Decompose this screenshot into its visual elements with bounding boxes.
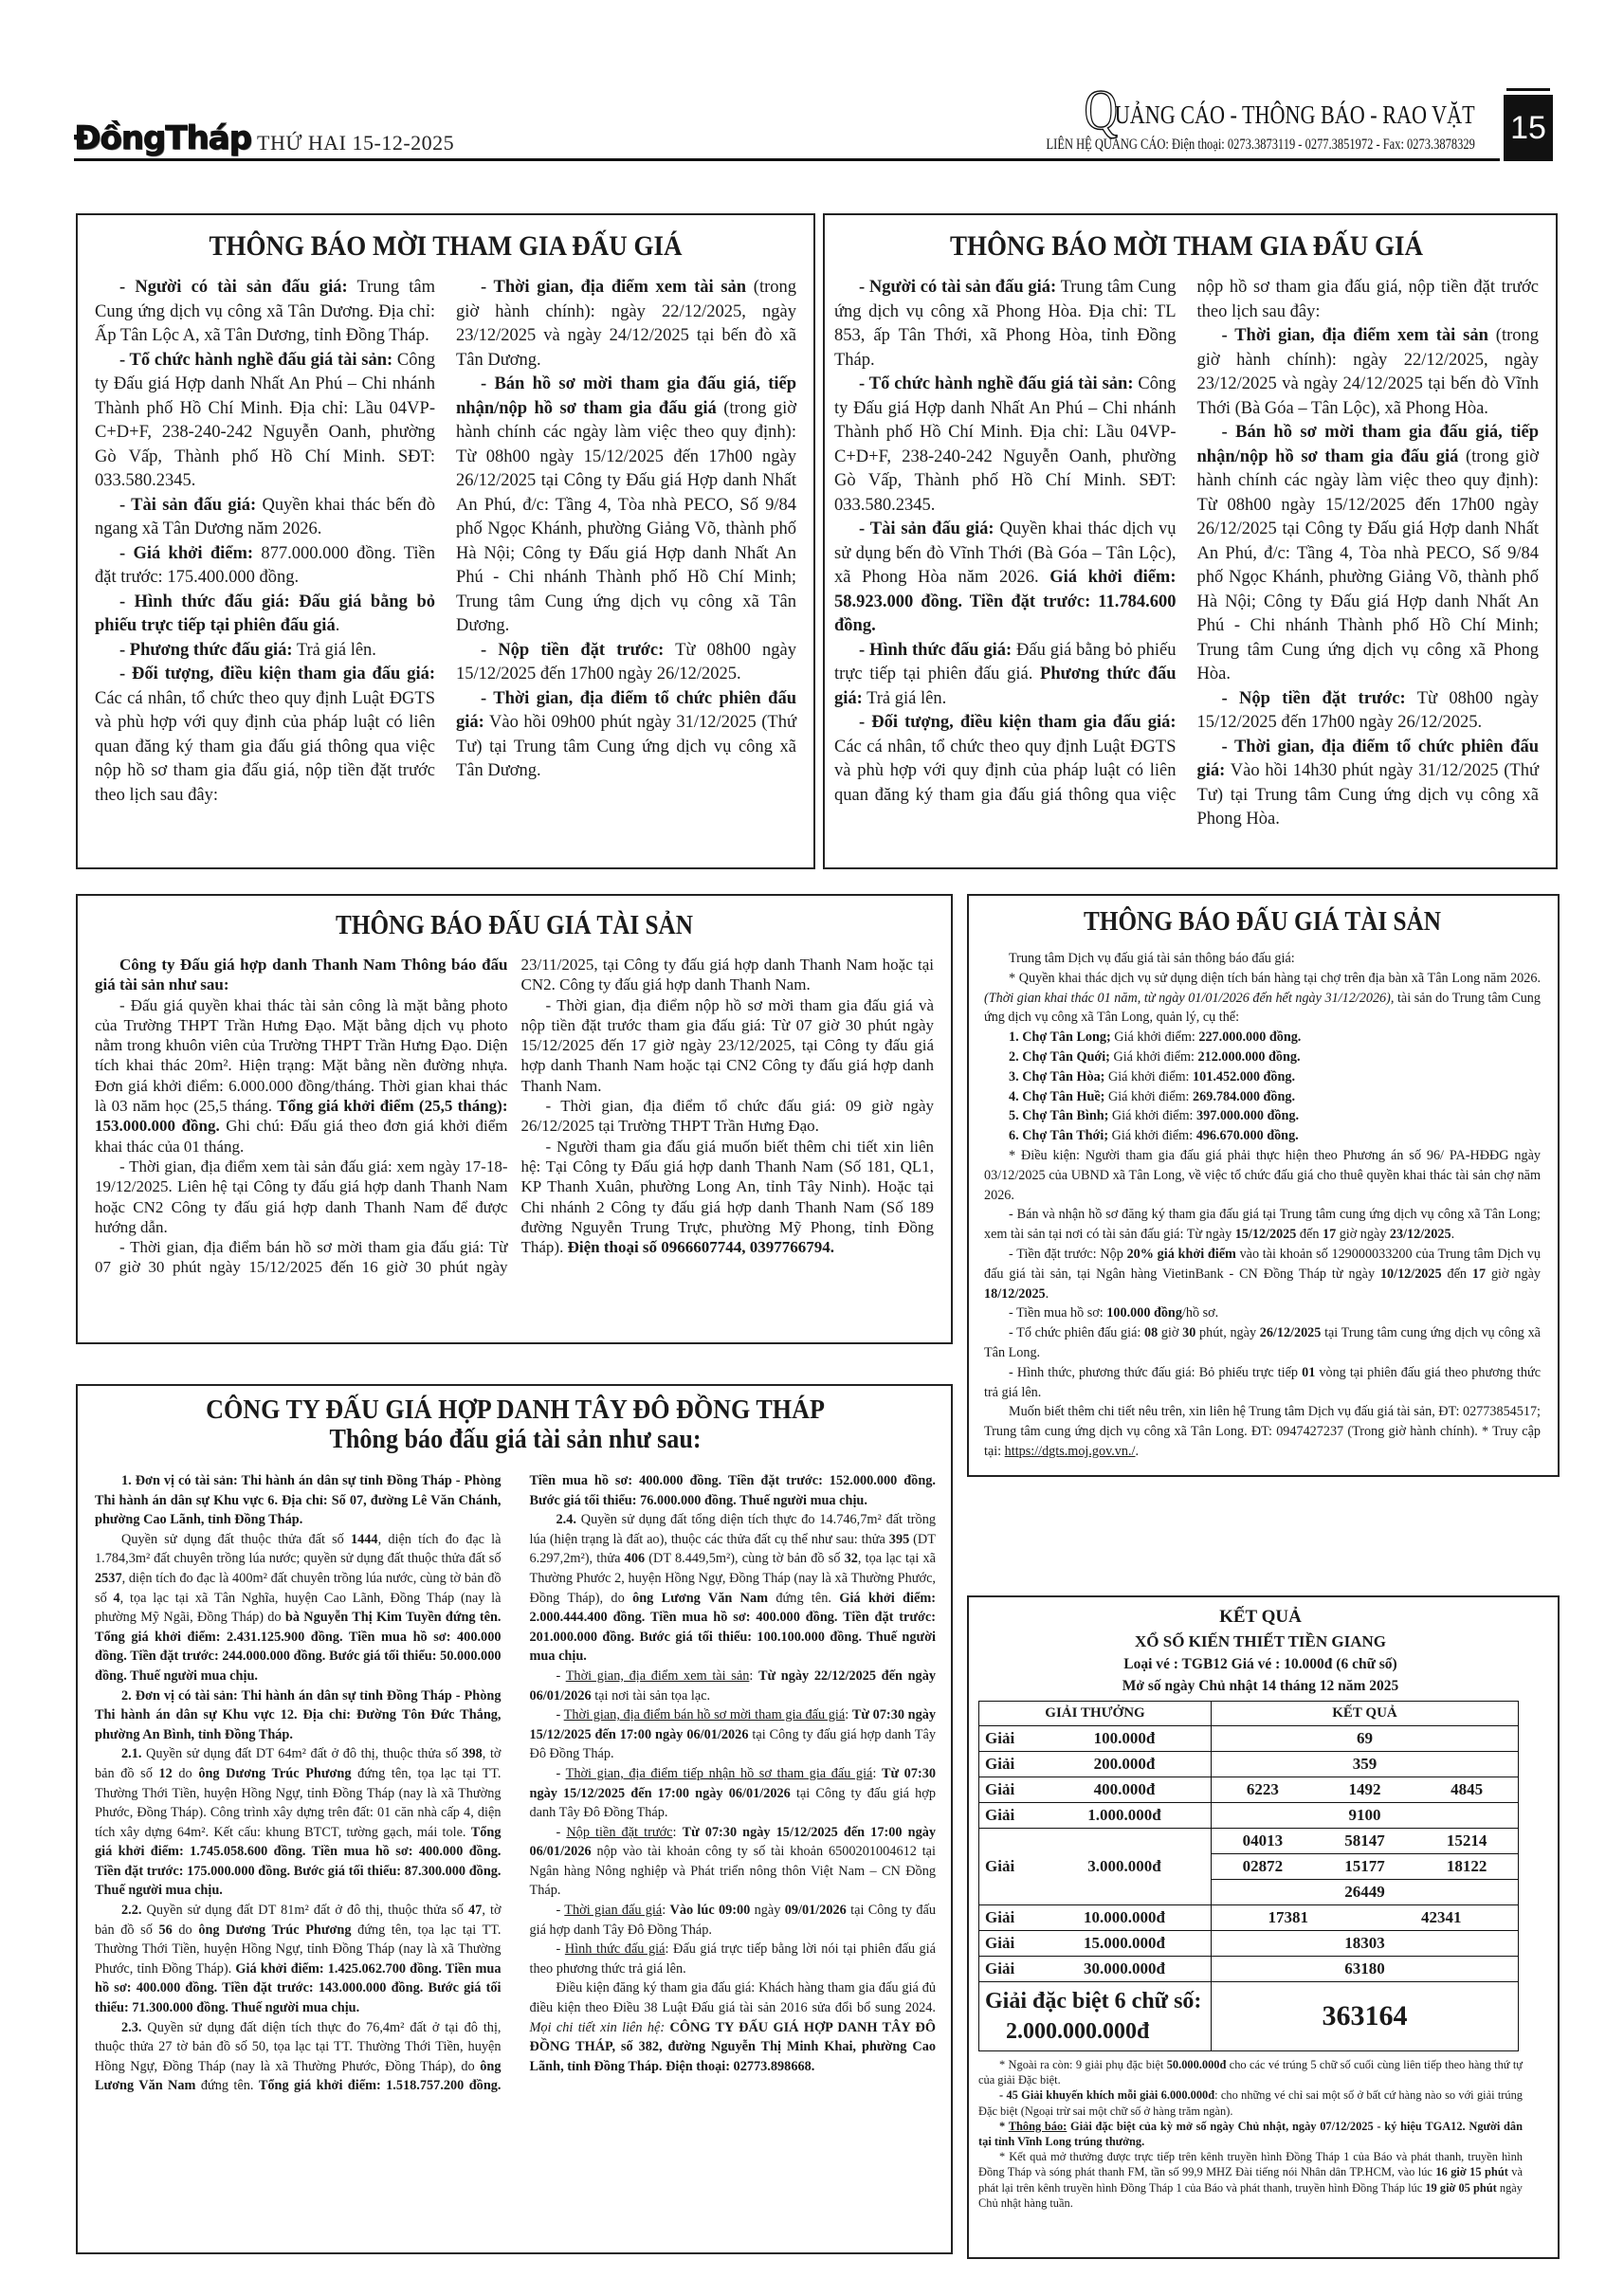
item-text: * Quyền khai thác dịch vụ sử dụng diện t… xyxy=(1009,971,1541,986)
market-name: 6. Chợ Tân Thới; xyxy=(1009,1128,1108,1143)
prize-word: Giải xyxy=(985,1755,1014,1774)
ad-item: - Giá khởi điểm: 877.000.000 đồng. Tiền … xyxy=(95,542,435,591)
date: 15/12/2025 xyxy=(1235,1227,1297,1242)
ad-title: CÔNG TY ĐẤU GIÁ HỢP DANH TÂY ĐÔ ĐỒNG THÁ… xyxy=(137,1395,893,1424)
item-text: - Tổ chức phiên đấu giá: xyxy=(1009,1325,1144,1340)
date: 26/12/2025 xyxy=(1260,1325,1322,1340)
item-text: - Tiền đặt trước: Nộp xyxy=(1009,1247,1127,1262)
winning-number: 6223 xyxy=(1247,1780,1279,1799)
winning-number: 1492 xyxy=(1348,1780,1380,1799)
lottery-notes: * Ngoài ra còn: 9 giải phụ đặc biệt 50.0… xyxy=(978,2057,1523,2211)
item-text: - Tiền mua hồ sơ: xyxy=(1009,1305,1106,1321)
prize-word: Giải xyxy=(985,1806,1014,1825)
ad-body: Trung tâm Dịch vụ đấu giá tài sản thông … xyxy=(984,949,1541,1462)
table-row: Giải1.000.000đ 9100 xyxy=(979,1803,1519,1829)
round-count: 01 xyxy=(1302,1365,1315,1380)
market-price: 496.670.000 đồng. xyxy=(1196,1128,1299,1143)
ad-asset-auction-tan-long: THÔNG BÁO ĐẤU GIÁ TÀI SẢN Trung tâm Dịch… xyxy=(967,894,1560,1477)
ad-subtitle: Thông báo đấu giá tài sản như sau: xyxy=(137,1424,893,1454)
price-label: Giá khởi điểm: xyxy=(1104,1069,1193,1084)
market-price: 212.000.000 đồng. xyxy=(1198,1049,1301,1065)
ad-item: - Nộp tiền đặt trước: Từ 08h00 ngày 15/1… xyxy=(456,639,796,687)
time: Vào lúc 09:00 xyxy=(670,1903,751,1918)
section-title: QUẢNG CÁO - THÔNG BÁO - RAO VẶT xyxy=(1085,78,1475,143)
item-text: nộp vào tài khoản công ty số tài khoản 6… xyxy=(530,1844,937,1898)
item-text: Quyền sử dụng đất tổng diện tích thực đo… xyxy=(530,1512,937,1547)
item-text: Công ty Đấu giá Hợp danh Nhất An Phú – C… xyxy=(95,351,435,491)
item-label: - Tổ chức hành nghề đấu giá tài sản: xyxy=(119,351,392,370)
section-title-text: UẢNG CÁO - THÔNG BÁO - RAO VẶT xyxy=(1115,100,1475,129)
winning-number: 18122 xyxy=(1447,1857,1487,1876)
ad-item: - Tài sản đấu giá: Quyền khai thác dịch … xyxy=(834,518,1177,639)
parcel-number: 1444 xyxy=(351,1532,378,1547)
lottery-results: KẾT QUẢ XỔ SỐ KIẾN THIẾT TIỀN GIANG Loại… xyxy=(967,1595,1560,2259)
section-1-body: Quyền sử dụng đất thuộc thửa đất số 1444… xyxy=(95,1530,502,1686)
market-price: 269.784.000 đồng. xyxy=(1193,1089,1295,1104)
owner-name: ông Dương Trúc Phương xyxy=(198,1922,351,1938)
market-item: 2. Chợ Tân Quới; Giá khởi điểm: 212.000.… xyxy=(984,1048,1541,1067)
item-label: - Tài sản đấu giá: xyxy=(859,519,994,538)
deposit-rate: 20% giá khởi điểm xyxy=(1127,1247,1236,1262)
winning-number: 4845 xyxy=(1451,1780,1483,1799)
draw-date: Mở số ngày Chủ nhật 14 tháng 12 năm 2025 xyxy=(978,1675,1542,1697)
column-header-prize: GIẢI THƯỞNG xyxy=(979,1702,1212,1726)
prize-amount: 100.000đ xyxy=(1044,1729,1205,1748)
market-item: 1. Chợ Tân Long; Giá khởi điểm: 227.000.… xyxy=(984,1028,1541,1048)
ad-item: - Thời gian, địa điểm xem tài sản đấu gi… xyxy=(95,1157,508,1237)
winning-number: 58147 xyxy=(1344,1831,1385,1850)
winning-number: 15177 xyxy=(1344,1857,1385,1876)
ad-item: - Bán hồ sơ mời tham gia đấu giá, tiếp n… xyxy=(1197,421,1540,687)
page-number: 15 xyxy=(1504,91,1553,161)
parcel-number: 2537 xyxy=(95,1571,122,1586)
note-star: * xyxy=(999,2120,1009,2133)
item-number: 2.2. xyxy=(121,1903,141,1918)
ad-item: - Thời gian, địa điểm tổ chức phiên đấu … xyxy=(1197,736,1540,832)
date: 23/12/2025 xyxy=(1390,1227,1451,1242)
item-label: Thời gian đấu giá xyxy=(564,1903,662,1918)
item-label: Thời gian, địa điểm tiếp nhận hồ sơ tham… xyxy=(566,1766,873,1781)
prize-amount: 200.000đ xyxy=(1044,1755,1205,1774)
note: * Kết quả mở thưởng được trực tiếp trên … xyxy=(978,2149,1523,2211)
ad-method: - Hình thức, phương thức đấu giá: Bỏ phi… xyxy=(984,1363,1541,1403)
special-prize-row: Giải đặc biệt 6 chữ số:2.000.000.000đ 36… xyxy=(979,1982,1519,2051)
winning-number: 04013 xyxy=(1243,1831,1284,1850)
item-text: Trả giá lên. xyxy=(293,641,376,660)
item-label: Nộp tiền đặt trước xyxy=(566,1825,672,1840)
item-text: Quyền sử dụng đất thuộc thửa đất số xyxy=(121,1532,351,1547)
hour: 17 xyxy=(1472,1266,1486,1282)
item-text: đứng tên. xyxy=(768,1591,839,1606)
lottery-table: GIẢI THƯỞNG KẾT QUẢ Giải100.000đ 69 Giải… xyxy=(978,1701,1519,2051)
item-label: - Thời gian, địa điểm xem tài sản xyxy=(1222,326,1488,345)
map-number: 56 xyxy=(159,1922,173,1938)
section-2-2: 2.2. Quyền sử dụng đất DT 81m² đất ở đô … xyxy=(95,1901,502,2018)
item-label: - Nộp tiền đặt trước: xyxy=(1222,689,1406,708)
column-header-result: KẾT QUẢ xyxy=(1212,1702,1519,1726)
item-label: Thời gian, địa điểm bán hồ sơ mời tham g… xyxy=(564,1707,846,1722)
prize-amount: 1.000.000đ xyxy=(1044,1806,1205,1825)
page-header: ĐồngTháp THỨ HAI 15-12-2025 QUẢNG CÁO - … xyxy=(74,112,1553,161)
ad-item: - Hình thức đấu giá: Đấu giá bằng bỏ phi… xyxy=(95,591,435,639)
view-schedule: - Thời gian, địa điểm xem tài sản: Từ ng… xyxy=(530,1667,937,1705)
winning-number: 69 xyxy=(1357,1729,1373,1748)
item-label: - Giá khởi điểm: xyxy=(119,544,253,563)
note-amount: - 45 Giải khuyến khích mỗi giải 6.000.00… xyxy=(999,2088,1214,2102)
ad-item: - Thời gian, địa điểm tổ chức đấu giá: 0… xyxy=(521,1096,935,1137)
item-text: giờ xyxy=(1158,1325,1182,1340)
item-label: Thời gian, địa điểm xem tài sản xyxy=(566,1668,750,1684)
section-2-4: 2.4. Quyền sử dụng đất tổng diện tích th… xyxy=(530,1510,937,1667)
header-rule xyxy=(74,158,1500,161)
parcel-number: 398 xyxy=(462,1746,482,1761)
table-row: Giải100.000đ 69 xyxy=(979,1726,1519,1752)
item-text: /hồ sơ. xyxy=(1182,1305,1218,1321)
receive-schedule: - Thời gian, địa điểm tiếp nhận hồ sơ th… xyxy=(530,1764,937,1823)
item-text: - Hình thức, phương thức đấu giá: Bỏ phi… xyxy=(1009,1365,1302,1380)
ad-body: Công ty Đấu giá hợp danh Thanh Nam Thông… xyxy=(95,955,934,1278)
item-text: phút, ngày xyxy=(1195,1325,1259,1340)
price-label: Giá khởi điểm: xyxy=(1111,1030,1199,1045)
item-text: do xyxy=(173,1766,199,1781)
section-heading: 1. Đơn vị có tài sản: Thi hành án dân sự… xyxy=(95,1473,502,1527)
item-text: ngày xyxy=(750,1903,784,1918)
market-item: 6. Chợ Tân Thới; Giá khởi điểm: 496.670.… xyxy=(984,1126,1541,1146)
ad-intro: Công ty Đấu giá hợp danh Thanh Nam Thông… xyxy=(95,955,508,995)
item-text: Công ty Đấu giá Hợp danh Nhất An Phú – C… xyxy=(834,374,1177,515)
parcel-number: 395 xyxy=(889,1532,909,1547)
market-price: 101.452.000 đồng. xyxy=(1193,1069,1295,1084)
ad-tay-do-auction-company: CÔNG TY ĐẤU GIÁ HỢP DANH TÂY ĐÔ ĐỒNG THÁ… xyxy=(76,1384,953,2254)
market-name: 5. Chợ Tân Bình; xyxy=(1009,1108,1108,1123)
price-label: Giá khởi điểm: xyxy=(1110,1049,1198,1065)
ad-item: - Đối tượng, điều kiện tham gia đấu giá:… xyxy=(95,663,435,808)
market-name: 2. Chợ Tân Quới; xyxy=(1009,1049,1110,1065)
contact-phone: Điện thoại số 0966607744, 0397766794. xyxy=(568,1238,834,1256)
item-text: Quyền sử dụng đất diện tích thực đo 76,4… xyxy=(95,2020,502,2074)
ad-title: THÔNG BÁO MỜI THAM GIA ĐẤU GIÁ xyxy=(869,230,1504,263)
rebroadcast-time: 19 giờ 05 phút xyxy=(1425,2181,1496,2195)
date: 10/12/2025 xyxy=(1380,1266,1442,1282)
winning-number: 02872 xyxy=(1243,1857,1284,1876)
item-label: - Người có tài sản đấu giá: xyxy=(859,278,1056,297)
item-note: (Thời gian khai thác 01 năm, từ ngày 01/… xyxy=(984,991,1394,1006)
winning-number: 17381 xyxy=(1268,1908,1309,1927)
item-text: giờ ngày xyxy=(1336,1227,1390,1242)
prize-amount: 3.000.000đ xyxy=(1044,1857,1205,1876)
section-1-head: 1. Đơn vị có tài sản: Thi hành án dân sự… xyxy=(95,1471,502,1530)
table-row: Giải10.000.000đ 1738142341 xyxy=(979,1905,1519,1931)
ad-deposit: - Tiền đặt trước: Nộp 20% giá khởi điểm … xyxy=(984,1245,1541,1303)
item-label: - Nộp tiền đặt trước: xyxy=(481,641,664,660)
lottery-title: KẾT QUẢ xyxy=(978,1603,1542,1631)
market-name: 4. Chợ Tân Huề; xyxy=(1009,1089,1104,1104)
item-label: - Thời gian, địa điểm xem tài sản xyxy=(481,278,746,297)
item-text: Trả giá lên. xyxy=(863,689,946,708)
minute: 30 xyxy=(1182,1325,1195,1340)
issue-date: THỨ HAI 15-12-2025 xyxy=(257,131,454,155)
ad-item: - Đấu giá quyền khai thác tài sản công l… xyxy=(95,995,508,1157)
ad-item: - Người có tài sản đấu giá: Trung tâm Cu… xyxy=(834,276,1177,373)
item-label: Hình thức đấu giá xyxy=(565,1941,666,1957)
ad-sale: - Bán và nhận hồ sơ đăng ký tham gia đấu… xyxy=(984,1205,1541,1245)
winning-number: 15214 xyxy=(1447,1831,1487,1850)
item-label: - Người có tài sản đấu giá: xyxy=(119,278,348,297)
map-number: 32 xyxy=(845,1551,858,1566)
note-amount: 50.000.000đ xyxy=(1167,2058,1227,2071)
item-label: - Đối tượng, điều kiện tham gia đấu giá: xyxy=(859,713,1177,732)
ad-item: - Tổ chức hành nghề đấu giá tài sản: Côn… xyxy=(95,349,435,494)
auction-form: - Hình thức đấu giá: Đấu giá trực tiếp b… xyxy=(530,1940,937,1978)
map-number: 4 xyxy=(114,1591,120,1606)
note: * Thông báo: Giải đặc biệt của kỳ mở số … xyxy=(978,2119,1523,2149)
ad-fee: - Tiền mua hồ sơ: 100.000 đồng/hồ sơ. xyxy=(984,1303,1541,1323)
note: - 45 Giải khuyến khích mỗi giải 6.000.00… xyxy=(978,2087,1523,2118)
item-text: Các cá nhân, tổ chức theo quy định Luật … xyxy=(95,689,435,805)
ad-contact: Muốn biết thêm chi tiết nêu trên, xin li… xyxy=(984,1402,1541,1461)
ad-item: - Thời gian, địa điểm xem tài sản (trong… xyxy=(1197,324,1540,421)
market-item: 4. Chợ Tân Huề; Giá khởi điểm: 269.784.0… xyxy=(984,1087,1541,1107)
item-text: Quyền sử dụng đất DT 81m² đất ở đô thị, … xyxy=(141,1903,468,1918)
item-text: do xyxy=(173,1922,199,1938)
item-text: Quyền sử dụng đất DT 64m² đất ở đô thị, … xyxy=(141,1746,462,1761)
market-name: 3. Chợ Tân Hòa; xyxy=(1009,1069,1104,1084)
section-heading: 2. Đơn vị có tài sản: Thi hành án dân sự… xyxy=(95,1688,502,1742)
winning-number: 18303 xyxy=(1344,1934,1385,1953)
ad-item: - Thời gian, địa điểm nộp hồ sơ mời tham… xyxy=(521,995,935,1096)
section-2-1: 2.1. Quyền sử dụng đất DT 64m² đất ở đô … xyxy=(95,1744,502,1901)
fee-amount: 100.000 đồng xyxy=(1106,1305,1182,1321)
note: * Ngoài ra còn: 9 giải phụ đặc biệt 50.0… xyxy=(978,2057,1523,2087)
special-prize-number: 363164 xyxy=(1212,1982,1519,2051)
item-label: - Tổ chức hành nghề đấu giá tài sản: xyxy=(859,374,1134,393)
item-text: (trong giờ hành chính các ngày làm việc … xyxy=(1197,447,1540,684)
date: 18/12/2025 xyxy=(984,1286,1046,1302)
registration-conditions: Điều kiện đăng ký tham gia đấu giá: Khác… xyxy=(530,1978,937,2076)
ad-intro: Trung tâm Dịch vụ đấu giá tài sản thông … xyxy=(984,949,1541,969)
advertising-contact: LIÊN HỆ QUẢNG CÁO: Điện thoại: 0273.3873… xyxy=(1047,137,1475,154)
market-item: 5. Chợ Tân Bình; Giá khởi điểm: 397.000.… xyxy=(984,1106,1541,1126)
prize-word: Giải xyxy=(985,1959,1014,1978)
special-prize-label: Giải đặc biệt 6 chữ số: xyxy=(985,1986,1205,2016)
market-list: 1. Chợ Tân Long; Giá khởi điểm: 227.000.… xyxy=(984,1028,1541,1146)
item-label: - Đối tượng, điều kiện tham gia đấu giá: xyxy=(119,665,435,683)
ad-asset: * Quyền khai thác dịch vụ sử dụng diện t… xyxy=(984,969,1541,1028)
item-label: - Tài sản đấu giá: xyxy=(119,496,256,515)
item-number: 2.4. xyxy=(557,1512,576,1527)
price-label: Giá khởi điểm: xyxy=(1108,1108,1196,1123)
ad-body: - Người có tài sản đấu giá: Trung tâm Cu… xyxy=(95,276,796,808)
item-text: giờ ngày xyxy=(1486,1266,1541,1282)
ad-item: - Hình thức đấu giá: Đấu giá bằng bỏ phi… xyxy=(834,639,1177,712)
ad-item: - Thời gian, địa điểm xem tài sản (trong… xyxy=(456,276,796,373)
date: 09/01/2026 xyxy=(785,1903,847,1918)
sell-schedule: - Thời gian, địa điểm bán hồ sơ mời tham… xyxy=(530,1705,937,1764)
ad-asset-auction-thanh-nam: THÔNG BÁO ĐẤU GIÁ TÀI SẢN Công ty Đấu gi… xyxy=(76,894,953,1344)
ad-body: - Người có tài sản đấu giá: Trung tâm Cu… xyxy=(834,276,1539,832)
prize-word: Giải xyxy=(985,1934,1014,1953)
note-text: * Ngoài ra còn: 9 giải phụ đặc biệt xyxy=(999,2058,1167,2071)
item-text: (trong giờ hành chính các ngày làm việc … xyxy=(456,399,796,636)
owner-name: ông Dương Trúc Phương xyxy=(198,1766,351,1781)
section-title-dropcap: Q xyxy=(1085,79,1119,141)
website-link[interactable]: https://dgts.moj.gov.vn./ xyxy=(1005,1444,1136,1459)
price-label: Giá khởi điểm: xyxy=(1108,1128,1196,1143)
item-label: - Hình thức đấu giá: xyxy=(859,641,1012,660)
prize-word: Giải xyxy=(985,1729,1014,1748)
market-item: 3. Chợ Tân Hòa; Giá khởi điểm: 101.452.0… xyxy=(984,1067,1541,1087)
winning-number: 42341 xyxy=(1421,1908,1462,1927)
parcel-number: 47 xyxy=(468,1903,482,1918)
winning-number: 9100 xyxy=(1349,1806,1381,1825)
ad-item: - Tổ chức hành nghề đấu giá tài sản: Côn… xyxy=(834,373,1177,518)
ad-item: - Nộp tiền đặt trước: Từ 08h00 ngày 15/1… xyxy=(1197,687,1540,736)
ad-item: - Người có tài sản đấu giá: Trung tâm Cu… xyxy=(95,276,435,349)
price-label: Giá khởi điểm: xyxy=(1104,1089,1193,1104)
item-text: đến xyxy=(1442,1266,1472,1282)
lottery-subtitle: XỔ SỐ KIẾN THIẾT TIỀN GIANG xyxy=(978,1631,1542,1653)
item-text: đứng tên. xyxy=(195,2078,258,2093)
table-row: Giải15.000.000đ 18303 xyxy=(979,1931,1519,1957)
item-text: (DT 8.449,5m²), cùng tờ bản đồ số xyxy=(645,1551,844,1566)
newspaper-logo: ĐồngTháp xyxy=(74,119,251,157)
item-text: tại nơi tài sản tọa lạc. xyxy=(592,1688,710,1704)
ad-title: THÔNG BÁO MỜI THAM GIA ĐẤU GIÁ xyxy=(130,230,761,263)
prize-word: Giải xyxy=(985,1857,1014,1876)
table-row: Giải400.000đ 622314924845 xyxy=(979,1777,1519,1803)
broadcast-time: 16 giờ 15 phút xyxy=(1435,2165,1507,2178)
table-row: Giải30.000.000đ 63180 xyxy=(979,1957,1519,1982)
map-number: 12 xyxy=(159,1766,173,1781)
ad-condition: * Điều kiện: Người tham gia đấu giá phải… xyxy=(984,1146,1541,1205)
ad-item: - Người tham gia đấu giá muốn biết thêm … xyxy=(521,1137,935,1258)
market-price: 397.000.000 đồng. xyxy=(1196,1108,1299,1123)
ad-title: THÔNG BÁO ĐẤU GIÁ TÀI SẢN xyxy=(1012,907,1512,938)
special-prize-amount: 2.000.000.000đ xyxy=(985,2016,1205,2047)
ad-session: - Tổ chức phiên đấu giá: 08 giờ 30 phút,… xyxy=(984,1323,1541,1363)
section-2-head: 2. Đơn vị có tài sản: Thi hành án dân sự… xyxy=(95,1686,502,1745)
item-text: đến xyxy=(1296,1227,1323,1242)
ad-title: THÔNG BÁO ĐẤU GIÁ TÀI SẢN xyxy=(137,911,892,941)
contact-label: Mọi chi tiết xin liên hệ: xyxy=(530,2020,666,2035)
winning-number: 26449 xyxy=(1344,1883,1385,1902)
hour: 08 xyxy=(1144,1325,1158,1340)
note-label: Thông báo: xyxy=(1009,2120,1067,2133)
ad-body: 1. Đơn vị có tài sản: Thi hành án dân sự… xyxy=(95,1471,936,2096)
item-text: Vào hồi 14h30 phút ngày 31/12/2025 (Thứ … xyxy=(1197,761,1540,829)
item-text: Vào hồi 09h00 phút ngày 31/12/2025 (Thứ … xyxy=(456,713,796,780)
ad-item: - Thời gian, địa điểm tổ chức phiên đấu … xyxy=(456,687,796,784)
table-row: Giải200.000đ 359 xyxy=(979,1752,1519,1777)
ticket-info: Loại vé : TGB12 Giá vé : 10.000đ (6 chữ … xyxy=(978,1653,1542,1675)
item-number: 2.3. xyxy=(121,2020,141,2035)
ad-item: - Phương thức đấu giá: Trả giá lên. xyxy=(95,639,435,664)
table-header-row: GIẢI THƯỞNG KẾT QUẢ xyxy=(979,1702,1519,1726)
prize-amount: 15.000.000đ xyxy=(1044,1934,1205,1953)
intro-text: Công ty Đấu giá hợp danh Thanh Nam Thông… xyxy=(95,956,508,993)
hour: 17 xyxy=(1323,1227,1336,1242)
prize-word: Giải xyxy=(985,1780,1014,1799)
table-row: Giải3.000.000đ 040135814715214 xyxy=(979,1829,1519,1854)
owner-name: ông Lương Văn Nam xyxy=(632,1591,768,1606)
deposit-schedule: - Nộp tiền đặt trước: Từ 07:30 ngày 15/1… xyxy=(530,1823,937,1901)
winning-number: 359 xyxy=(1353,1755,1378,1774)
parcel-number: 406 xyxy=(625,1551,645,1566)
market-name: 1. Chợ Tân Long; xyxy=(1009,1030,1111,1045)
item-text: Điều kiện đăng ký tham gia đấu giá: Khác… xyxy=(530,1980,937,2015)
ad-auction-invitation-phong-hoa: THÔNG BÁO MỜI THAM GIA ĐẤU GIÁ - Người c… xyxy=(823,213,1558,869)
prize-amount: 30.000.000đ xyxy=(1044,1959,1205,1978)
item-label: - Hình thức đấu giá: Đấu giá bằng bỏ phi… xyxy=(95,592,435,636)
market-price: 227.000.000 đồng. xyxy=(1198,1030,1301,1045)
prize-amount: 10.000.000đ xyxy=(1044,1908,1205,1927)
item-number: 2.1. xyxy=(121,1746,141,1761)
prize-word: Giải xyxy=(985,1908,1014,1927)
winning-number: 63180 xyxy=(1344,1959,1385,1978)
item-label: - Phương thức đấu giá: xyxy=(119,641,293,660)
ad-item: - Tài sản đấu giá: Quyền khai thác bến đ… xyxy=(95,494,435,542)
auction-time: - Thời gian đấu giá: Vào lúc 09:00 ngày … xyxy=(530,1901,937,1940)
ad-auction-invitation-tan-duong: THÔNG BÁO MỜI THAM GIA ĐẤU GIÁ - Người c… xyxy=(76,213,815,869)
ad-item: - Bán hồ sơ mời tham gia đấu giá, tiếp n… xyxy=(456,373,796,639)
prize-amount: 400.000đ xyxy=(1044,1780,1205,1799)
item-text: . xyxy=(336,616,340,635)
